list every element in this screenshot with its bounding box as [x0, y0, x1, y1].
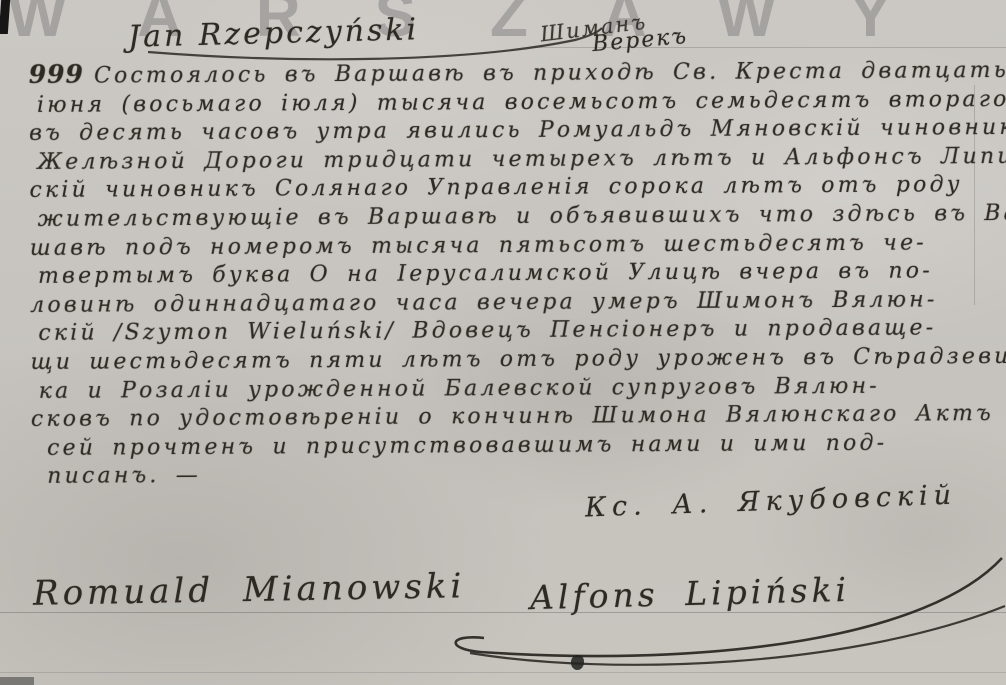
- header-name-annotation: Jan Rzepczyński: [128, 12, 420, 55]
- document-scan: WARSZAWY Jan Rzepczyński Шиманъ Верекъ 9…: [0, 0, 1006, 685]
- record-number: 999: [29, 60, 84, 89]
- record-line-text: Состоялось въ Варшавѣ въ приходѣ Св. Кре…: [94, 57, 1006, 88]
- record-body: 999Состоялось въ Варшавѣ въ приходѣ Св. …: [29, 55, 992, 492]
- ruled-line-bottom: [0, 672, 1006, 673]
- ink-blot: [571, 655, 584, 670]
- scan-edge-artifact-bottom: [0, 677, 34, 685]
- witness-signature-alfons: Alfons Lipiński: [530, 570, 851, 617]
- scan-edge-artifact: [0, 0, 10, 34]
- witness-signature-romuald: Romuald Mianowski: [33, 566, 466, 614]
- ruled-line-signature: [0, 612, 1006, 613]
